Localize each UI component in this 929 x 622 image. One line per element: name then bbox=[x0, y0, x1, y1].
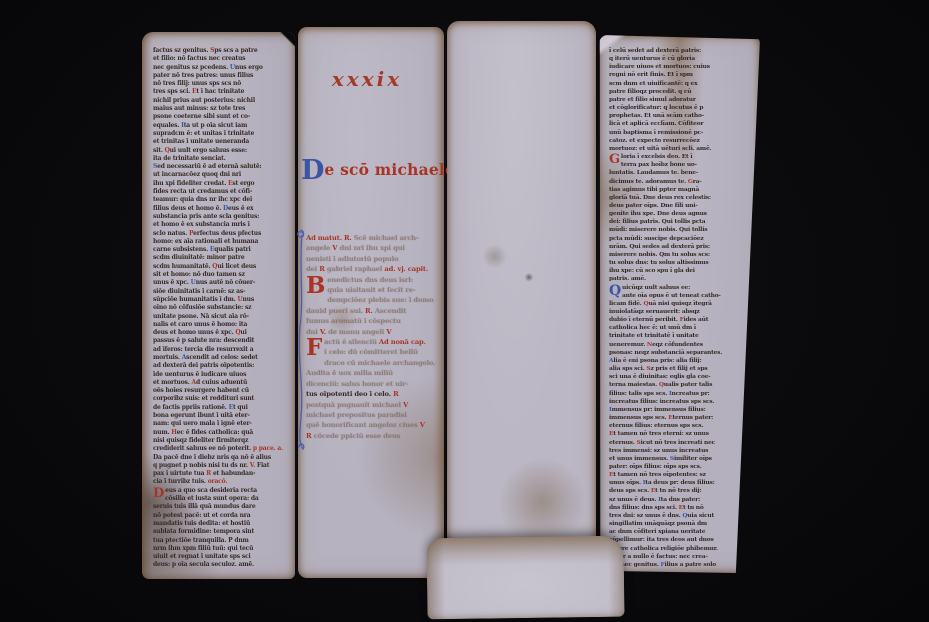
text-line: sit. Qui uult ergo saluus esse: bbox=[153, 147, 291, 155]
text-line: ihu xpi fideliter credat. Est ergo bbox=[153, 180, 291, 188]
text-line: psonas: neqz substanciā separantes. bbox=[609, 349, 746, 357]
text-line: nō tres filij: unus sps scs nō bbox=[153, 80, 291, 88]
text-line: dei R gabriel raphael ad. vj. capit. bbox=[306, 264, 442, 274]
text-line: nō potest pacē: ut et corda nra bbox=[153, 512, 291, 520]
text-line: substancia pris ante scla genitus: bbox=[153, 213, 291, 221]
text-line: trinitate et trinitatē ī unitate bbox=[609, 332, 746, 340]
page-right-text-column: ī celū sedet ad dexterā patris:q iterū u… bbox=[609, 47, 746, 567]
text-line: genite ihu xpe. Dne deus agnus bbox=[609, 210, 746, 218]
text-line: Immensus pr: immensus filius: bbox=[609, 406, 746, 414]
text-line: dicere catholica religiōe phibemur. bbox=[609, 545, 746, 553]
text-line: tres dni: sz unus ē dns. Quia sicut bbox=[609, 512, 746, 520]
text-line: ihu xpe: cū sco spu ī gla dei bbox=[609, 267, 746, 275]
text-line: catholica hec ē: ut unū dm ī bbox=[609, 324, 746, 332]
text-line: singillatim unāquāqz psonā dm bbox=[609, 520, 746, 528]
text-line: oīno nō cōfusiōe substancie: sz bbox=[153, 304, 291, 312]
text-line: nec genitus sz pcedens. Unus ergo bbox=[153, 64, 291, 72]
text-line: ac dnm cōfiteri xpiana ueritate bbox=[609, 528, 746, 536]
text-line: dicenciū: salus honor et uir- bbox=[306, 379, 442, 389]
text-line: dicimus te. adoramus te. Gra- bbox=[609, 178, 746, 186]
text-line: inuiolatāqz seruauerit: absqz bbox=[609, 308, 746, 316]
text-line: dns filius: dns sps sci. Et tn nō bbox=[609, 504, 746, 512]
text-line: crediderit saluus ee nō poterit. p pace.… bbox=[153, 445, 291, 453]
manuscript-photo: factus sz genitus. Sps scs a patreet fil… bbox=[0, 0, 929, 622]
text-line: Gloria ī excelsis deo. Et ī bbox=[609, 153, 746, 161]
page-center-text-column: Ad matut. R. Scē michael arch-angele V d… bbox=[306, 233, 442, 449]
chapter-heading: De scō michaele. bbox=[301, 155, 443, 186]
text-line: q pugnet p nobis nisi tu ds nr. V. Fiat bbox=[153, 462, 291, 470]
text-line: michael prepositus paradisi bbox=[306, 410, 442, 420]
text-line: et filio: nō factus nec creatus bbox=[153, 55, 291, 63]
text-line: catoz. et expecto resurrecōez bbox=[609, 137, 746, 145]
page-left: factus sz genitus. Sps scs a patreet fil… bbox=[142, 32, 295, 579]
text-line: et unus immensus. Similiter oīps bbox=[609, 455, 746, 463]
text-line: psone coeterne sibi sunt et co- bbox=[153, 113, 291, 121]
text-line: terra pax hoībz bone uo- bbox=[609, 161, 746, 169]
text-line: īde uenturus ē iudicare uiuos bbox=[153, 371, 291, 379]
text-line: ī celū sedet ad dexterā patris: bbox=[609, 47, 746, 55]
text-line: tres sps sci. Et ī hac trinitate bbox=[153, 88, 291, 96]
text-line: regni nō erit finis. Et ī spm bbox=[609, 71, 746, 79]
text-line: scdm diuinitatē: minor patre bbox=[153, 254, 291, 262]
text-line: ita de trinitate senciat. bbox=[153, 155, 291, 163]
text-line: sclo natus. Perfectus deus pfectus bbox=[153, 230, 291, 238]
text-line: mandatis tuis dedita: et hostiū bbox=[153, 520, 291, 528]
text-line: nrām. Qui sedes ad dexterā pris: bbox=[609, 243, 746, 251]
text-line: patre filioqz procedit. q cū bbox=[609, 88, 746, 96]
text-line: unitate psone. Nā sicut aīa rō- bbox=[153, 313, 291, 321]
text-line: patris. amē. bbox=[609, 275, 746, 283]
text-line: tu solus dns: tu solus altissimus bbox=[609, 259, 746, 267]
text-line: filius deus et homo ē. Deus ē ex bbox=[153, 205, 291, 213]
text-line: postquā pugnauit michael V bbox=[306, 400, 442, 410]
text-line: gloriā tuā. Dne deus rex celestis: bbox=[609, 194, 746, 202]
text-line: et trinitas ī unitate ueneranda bbox=[153, 138, 291, 146]
text-line: quia uisitauit et fecit re- bbox=[306, 285, 442, 295]
text-line: fides recta ut credamus et cōfi- bbox=[153, 188, 291, 196]
text-line: tias agimus tibi ppter magnā bbox=[609, 186, 746, 194]
text-line: unus oīps. Ita deus pr: deus filius: bbox=[609, 479, 746, 487]
text-line: carne subsistens. Equalis patri bbox=[153, 246, 291, 254]
text-line: sit et homo: nō duo tamen sz bbox=[153, 271, 291, 279]
text-line: pcta mūdi: suscipe depcaciōez bbox=[609, 235, 746, 243]
text-line: mortuis. Ascendit ad celos: sedet bbox=[153, 354, 291, 362]
text-line: supradcm ē: et unitas ī trinitate bbox=[153, 130, 291, 138]
page-center: xxxix De scō michaele. Ad matut. R. Scē … bbox=[298, 27, 444, 578]
text-line: et homo ē ex substancia mris ī bbox=[153, 221, 291, 229]
text-line: nichil prius aut posterius: nichil bbox=[153, 97, 291, 105]
text-line: sci una ē diuinitas: eqlis gla coe- bbox=[609, 373, 746, 381]
text-line: teamur: quia dns nr ihc xpc dei bbox=[153, 196, 291, 204]
text-line: sūpciōe humanitatis ī dm. Unus bbox=[153, 296, 291, 304]
text-line: draco cū michaele archangelo. bbox=[306, 358, 442, 368]
text-line: Pater a nullo ē factus: nec crea- bbox=[609, 553, 746, 561]
text-line: nalis et caro unus ē homo: ita bbox=[153, 321, 291, 329]
text-line: bona egerunt ibunt ī uitā eter- bbox=[153, 412, 291, 420]
text-line: ut incarnacōez quoq dni nri bbox=[153, 171, 291, 179]
folded-flap bbox=[426, 536, 624, 620]
text-line: Ad matut. R. Scē michael arch- bbox=[306, 233, 442, 243]
heading-text: e scō michaele. bbox=[324, 160, 460, 179]
text-line: tus oīpotenti deo ī celo. R bbox=[306, 389, 442, 399]
text-line: tus nec genitus. Filius a patre solo bbox=[609, 561, 746, 567]
text-line: deus pater oīps. Dne fili uni- bbox=[609, 202, 746, 210]
text-line: homo: ex aīa rationali et humana bbox=[153, 238, 291, 246]
text-line: cia ī turribz tuis. oracō. bbox=[153, 478, 291, 486]
text-line: scm dnm et uiuificantē: q ex bbox=[609, 80, 746, 88]
text-line: Alia ē eni psona pris: alia filij: bbox=[609, 357, 746, 365]
text-line: mortuoz: et uitā uēturi scli. amē. bbox=[609, 145, 746, 153]
text-line: ad īferos: tercia die resurrexit a bbox=[153, 346, 291, 354]
text-line: ī celo: dū cōmitteret bellū bbox=[306, 347, 442, 357]
text-line: iudicare uiuos et mortuos: cuius bbox=[609, 63, 746, 71]
text-line: deus sps scs. Et tn nō tres dij: bbox=[609, 487, 746, 495]
text-line: corporibz suis: et reddituri sunt bbox=[153, 395, 291, 403]
text-line: et cōglorificatur: q locutus ē p bbox=[609, 104, 746, 112]
heading-initial: D bbox=[301, 155, 324, 186]
text-line: pater nō tres patres: unus filius bbox=[153, 72, 291, 80]
text-line: siōe diuinitatis ī carnē: sz as- bbox=[153, 288, 291, 296]
text-line: sublata formidine: tempora sint bbox=[153, 528, 291, 536]
text-line: seruis tuis illā quā mundus dare bbox=[153, 503, 291, 511]
text-line: unū baptisma ī remissionē pc- bbox=[609, 129, 746, 137]
text-line: dempciōez plebis sue: ī domo bbox=[306, 295, 442, 305]
text-line: cōpellimur: ita tres deos aut dnos bbox=[609, 536, 746, 544]
text-line: Et tamen nō tres oīpotentes: sz bbox=[609, 471, 746, 479]
page-corner-notch bbox=[280, 32, 295, 47]
text-line: miserere nobis. Qm tu solus scs: bbox=[609, 251, 746, 259]
text-line: dauid pueri sui. R. Ascendit bbox=[306, 306, 442, 316]
text-line: deus: p oīa secula seculoz. amē. bbox=[153, 561, 291, 569]
text-line: alia sps sci. Sz pris et filij et sps bbox=[609, 365, 746, 373]
text-line: Audita ē uox milia miliū bbox=[306, 368, 442, 378]
text-line: et mortuos. Ad cuius aduentū bbox=[153, 379, 291, 387]
text-line: ueneremur. Neqz cōfundentes bbox=[609, 341, 746, 349]
text-line: terna maiestas. Qualis pater talis bbox=[609, 381, 746, 389]
text-line: deus et homo unus ē xpc. Qui bbox=[153, 329, 291, 337]
text-line: maius aut minus: sz tote tres bbox=[153, 105, 291, 113]
text-line: dubio ī eternū peribit. Fides aūt bbox=[609, 316, 746, 324]
text-line: dei: filius patris. Qui tollis pcta bbox=[609, 218, 746, 226]
page-right: ī celū sedet ad dexterā patris:q iterū u… bbox=[599, 35, 760, 573]
text-line: quē honorificant angeloz ciues V bbox=[306, 420, 442, 430]
text-line: uiuit et regnat ī unitate sps sci bbox=[153, 553, 291, 561]
text-line: factus sz genitus. Sps scs a patre bbox=[153, 47, 291, 55]
text-line: pax ī uirtute tua R et habundan- bbox=[153, 470, 291, 478]
folio-number: xxxix bbox=[312, 67, 422, 91]
page-blank bbox=[447, 21, 596, 544]
text-line: patre et filio simul adoratur bbox=[609, 96, 746, 104]
text-line: Deus a quo sca desideria recta bbox=[153, 487, 291, 495]
text-line: nisi quisqz fideliter firmiterqz bbox=[153, 437, 291, 445]
text-line: equales. Ita ut p oīa sicut iam bbox=[153, 122, 291, 130]
text-line: uenisti ī adiutoriū populo bbox=[306, 254, 442, 264]
text-line: Et tamen nō tres eterni: sz unus bbox=[609, 430, 746, 438]
text-line: Factū ē silenciū Ad nonā cap. bbox=[306, 337, 442, 347]
text-line: immensus sps scs. Eternus pater: bbox=[609, 414, 746, 422]
text-line: oēs hoīes resurgere habent cū bbox=[153, 387, 291, 395]
text-line: R cōcede ppiciū esse deus bbox=[306, 431, 442, 441]
text-line: angele V dni nri ihu xpi qui bbox=[306, 243, 442, 253]
text-line: eternus filius: eternus sps scs. bbox=[609, 422, 746, 430]
text-line: licam fidē. Quā nisi quisqz ītegrā bbox=[609, 300, 746, 308]
text-line: tua ptectiōe tranquilla. P dnm bbox=[153, 537, 291, 545]
text-line: eternus. Sicut nō tres increati nec bbox=[609, 439, 746, 447]
text-line: mūdi: miserere nobis. Qui tollis bbox=[609, 226, 746, 234]
text-line: tres immensi: sz unus increatus bbox=[609, 447, 746, 455]
text-line: increatus filius: increatus sps scs. bbox=[609, 398, 746, 406]
text-line: ante oīa opus ē ut teneat catho- bbox=[609, 292, 746, 300]
text-line: passus ē p salute nra: descendit bbox=[153, 337, 291, 345]
text-line: ad dexterā dei patris oīpotentis: bbox=[153, 362, 291, 370]
text-line: num. Hec ē fides catholica: quā bbox=[153, 429, 291, 437]
text-line: licā et aplicā ecclīam. Cōfiteor bbox=[609, 120, 746, 128]
page-left-text-column: factus sz genitus. Sps scs a patreet fil… bbox=[153, 47, 291, 573]
text-line: fumus aromatū ī cōspectu bbox=[306, 316, 442, 326]
text-line: scdm humanitatē. Qui licet deus bbox=[153, 263, 291, 271]
text-line: nrm ihm xpm filiū tuū: qui tecū bbox=[153, 545, 291, 553]
text-line: luntatis. Laudamus te. bene- bbox=[609, 169, 746, 177]
text-line: Benedictus dns deus isrl: bbox=[306, 275, 442, 285]
text-line: pater: oīps filius: oīps sps scs. bbox=[609, 463, 746, 471]
text-line: filius: talis sps scs. Increatus pr: bbox=[609, 390, 746, 398]
text-line: cōsilia et iusta sunt opera: da bbox=[153, 495, 291, 503]
text-line: dni V. de manu angeli V bbox=[306, 327, 442, 337]
text-line: nam: qui uero mala ī ignē eter- bbox=[153, 420, 291, 428]
text-line: Da pacē dne ī diebz nris qa nō ē alius bbox=[153, 454, 291, 462]
text-line: Quicūqz uult saluus ee: bbox=[609, 284, 746, 292]
text-line: prophetas. Et unā scām catho- bbox=[609, 112, 746, 120]
text-line: q iterū uenturus ē cū gloria bbox=[609, 55, 746, 63]
text-line: unus ē xpc. Unus autē nō cōuer- bbox=[153, 279, 291, 287]
text-line: sz unus ē deus. Ita dns pater: bbox=[609, 496, 746, 504]
text-line: de factis ppriis rationē. Et qui bbox=[153, 404, 291, 412]
text-line: Sed necessariū ē ad eternā salutē: bbox=[153, 163, 291, 171]
